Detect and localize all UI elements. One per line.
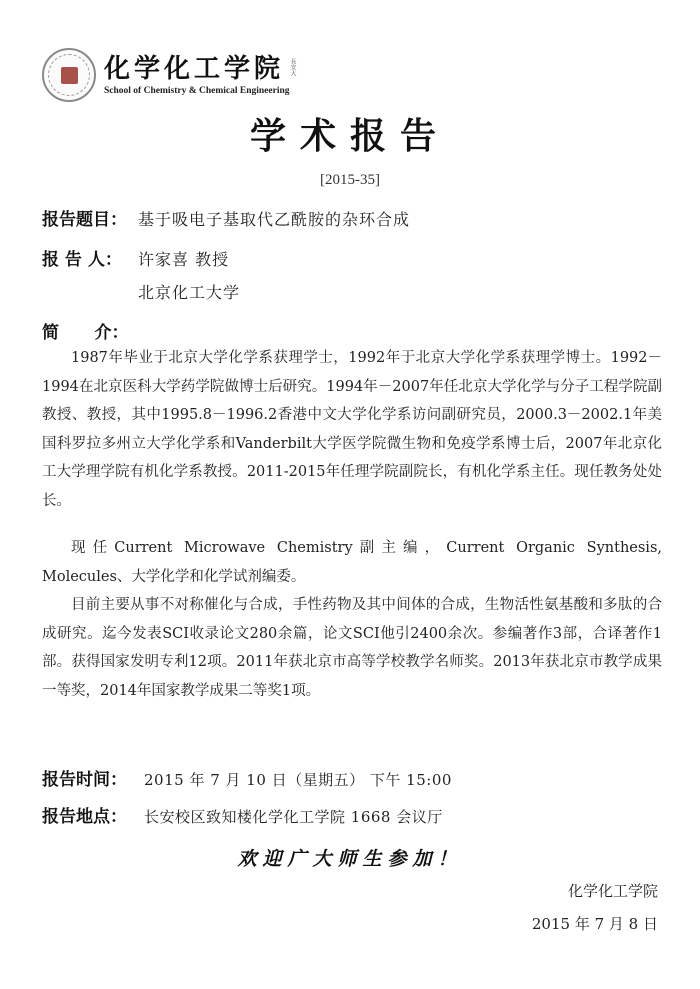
welcome-message: 欢迎广大师生参加！ (0, 844, 700, 871)
page-title: 学术报告 (0, 108, 700, 159)
speaker-label: 报 告 人： (42, 245, 138, 270)
school-seal-icon (42, 48, 96, 102)
bio-paragraph-2: 现任Current Microwave Chemistry副主编，Current… (42, 534, 662, 591)
intro-field: 简 介： (42, 318, 138, 343)
school-name-en: School of Chemistry & Chemical Engineeri… (104, 86, 297, 96)
topic-label: 报告题目： (42, 205, 138, 230)
speaker-value: 许家喜 教授 (138, 247, 229, 270)
place-field: 报告地点： 长安校区致知楼化学化工学院 1668 会议厅 (42, 802, 443, 827)
speaker-affiliation: 北京化工大学 (138, 280, 240, 303)
seal-mark: 長安大 (288, 58, 297, 76)
seal-emblem (61, 67, 78, 84)
school-header: 化学化工学院 長安大 School of Chemistry & Chemica… (42, 42, 297, 108)
bio-paragraph-1: 1987年毕业于北京大学化学系获理学士，1992年于北京大学化学系获理学博士。1… (42, 344, 662, 515)
place-label: 报告地点： (42, 802, 144, 827)
speaker-field: 报 告 人： 许家喜 教授 (42, 245, 229, 270)
topic-field: 报告题目： 基于吸电子基取代乙酰胺的杂环合成 (42, 205, 410, 230)
signature-date: 2015 年 7 月 8 日 (532, 913, 658, 934)
intro-label: 简 介： (42, 318, 138, 343)
affiliation-field: 北京化工大学 (42, 280, 240, 303)
time-value: 2015 年 7 月 10 日（星期五） 下午 15:00 (144, 769, 452, 790)
time-label: 报告时间： (42, 765, 144, 790)
signature-org: 化学化工学院 (568, 880, 658, 901)
time-field: 报告时间： 2015 年 7 月 10 日（星期五） 下午 15:00 (42, 765, 452, 790)
bio-paragraph-3: 目前主要从事不对称催化与合成，手性药物及其中间体的合成，生物活性氨基酸和多肽的合… (42, 591, 662, 705)
report-serial: [2015-35] (0, 172, 700, 189)
place-value: 长安校区致知楼化学化工学院 1668 会议厅 (144, 806, 443, 827)
topic-value: 基于吸电子基取代乙酰胺的杂环合成 (138, 207, 410, 230)
school-brand: 化学化工学院 長安大 School of Chemistry & Chemica… (104, 54, 297, 96)
school-name-cn: 化学化工学院 (104, 54, 284, 84)
